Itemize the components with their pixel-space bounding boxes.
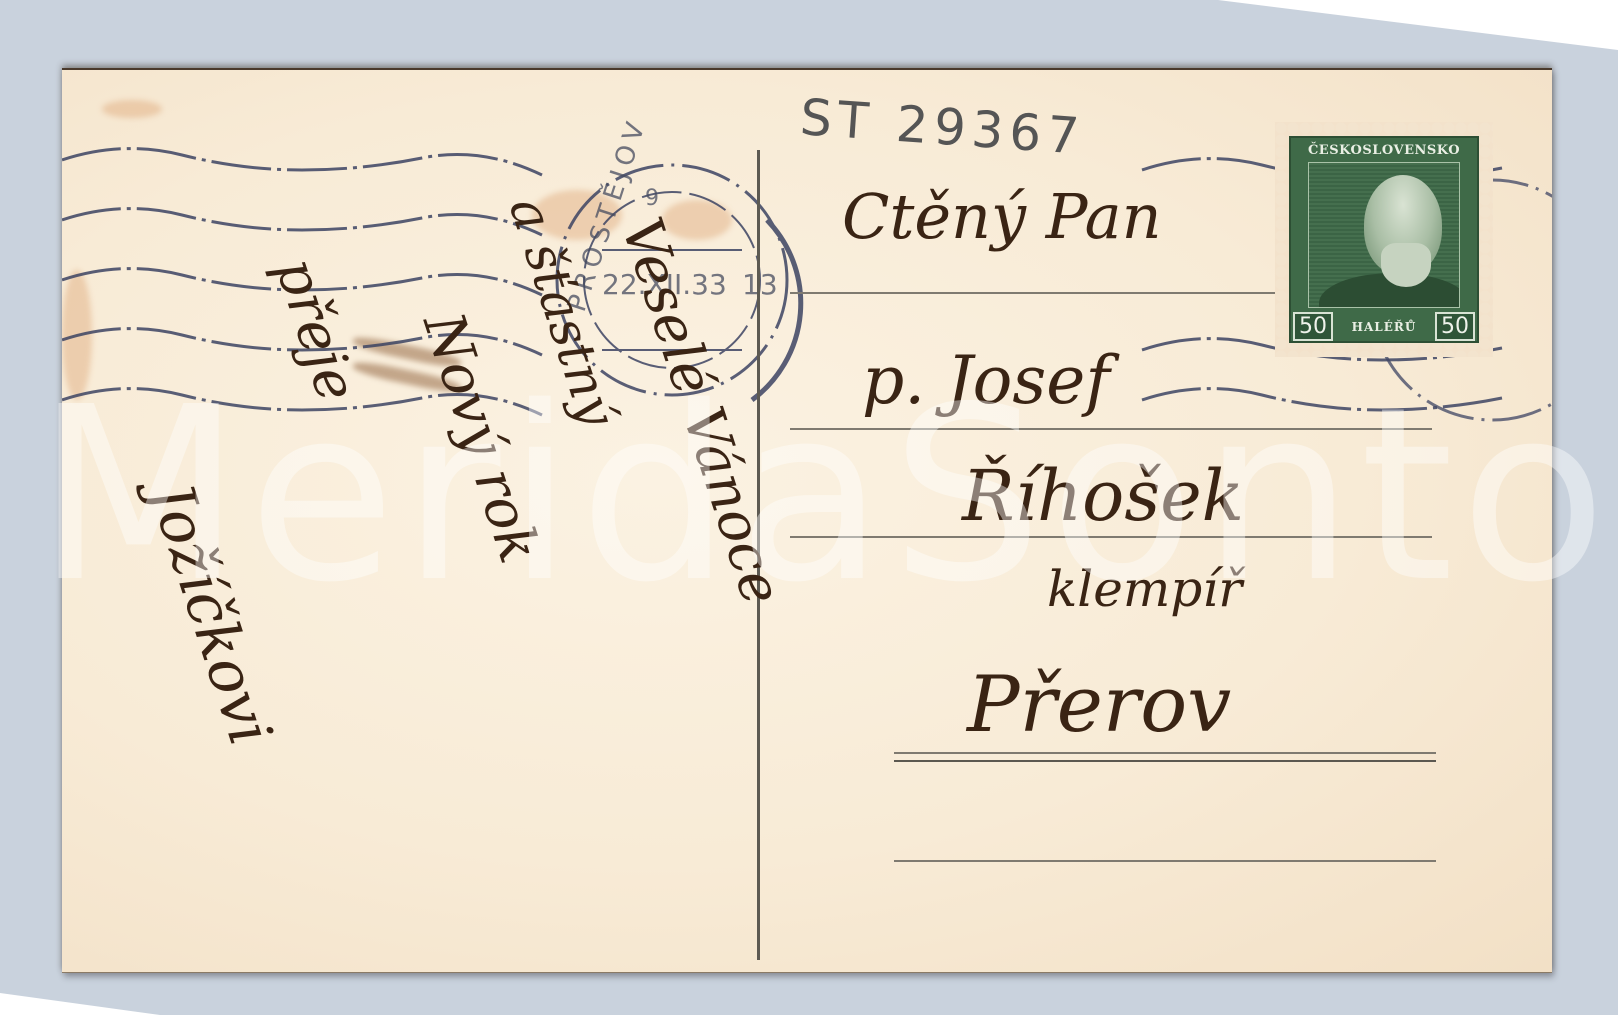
address-line xyxy=(894,752,1436,754)
stamp-value-right: 50 xyxy=(1435,312,1475,341)
stamp-portrait xyxy=(1308,162,1460,308)
stamp-country: ČESKOSLOVENSKO xyxy=(1308,143,1460,158)
postcard: 22.XII.33 13 9 PROSTĚJOV ST 29367 ČESKOS… xyxy=(62,68,1552,973)
address-line xyxy=(894,860,1436,862)
postage-stamp: ČESKOSLOVENSKO 50 HALÉŘŮ 50 xyxy=(1275,122,1493,357)
stamp-value-left: 50 xyxy=(1293,312,1333,341)
stamp-currency: HALÉŘŮ xyxy=(1352,320,1417,334)
address-salutation: Ctěný Pan xyxy=(842,180,1162,253)
address-surname: Říhošek xyxy=(962,455,1244,537)
background-corner xyxy=(1218,0,1618,50)
address-occupation: klempíř xyxy=(1047,560,1242,618)
address-line xyxy=(790,428,1432,430)
postmark-number: 9 xyxy=(645,186,659,211)
address-city: Přerov xyxy=(967,660,1231,750)
background-corner xyxy=(0,993,160,1015)
address-name: p. Josef xyxy=(862,342,1110,419)
